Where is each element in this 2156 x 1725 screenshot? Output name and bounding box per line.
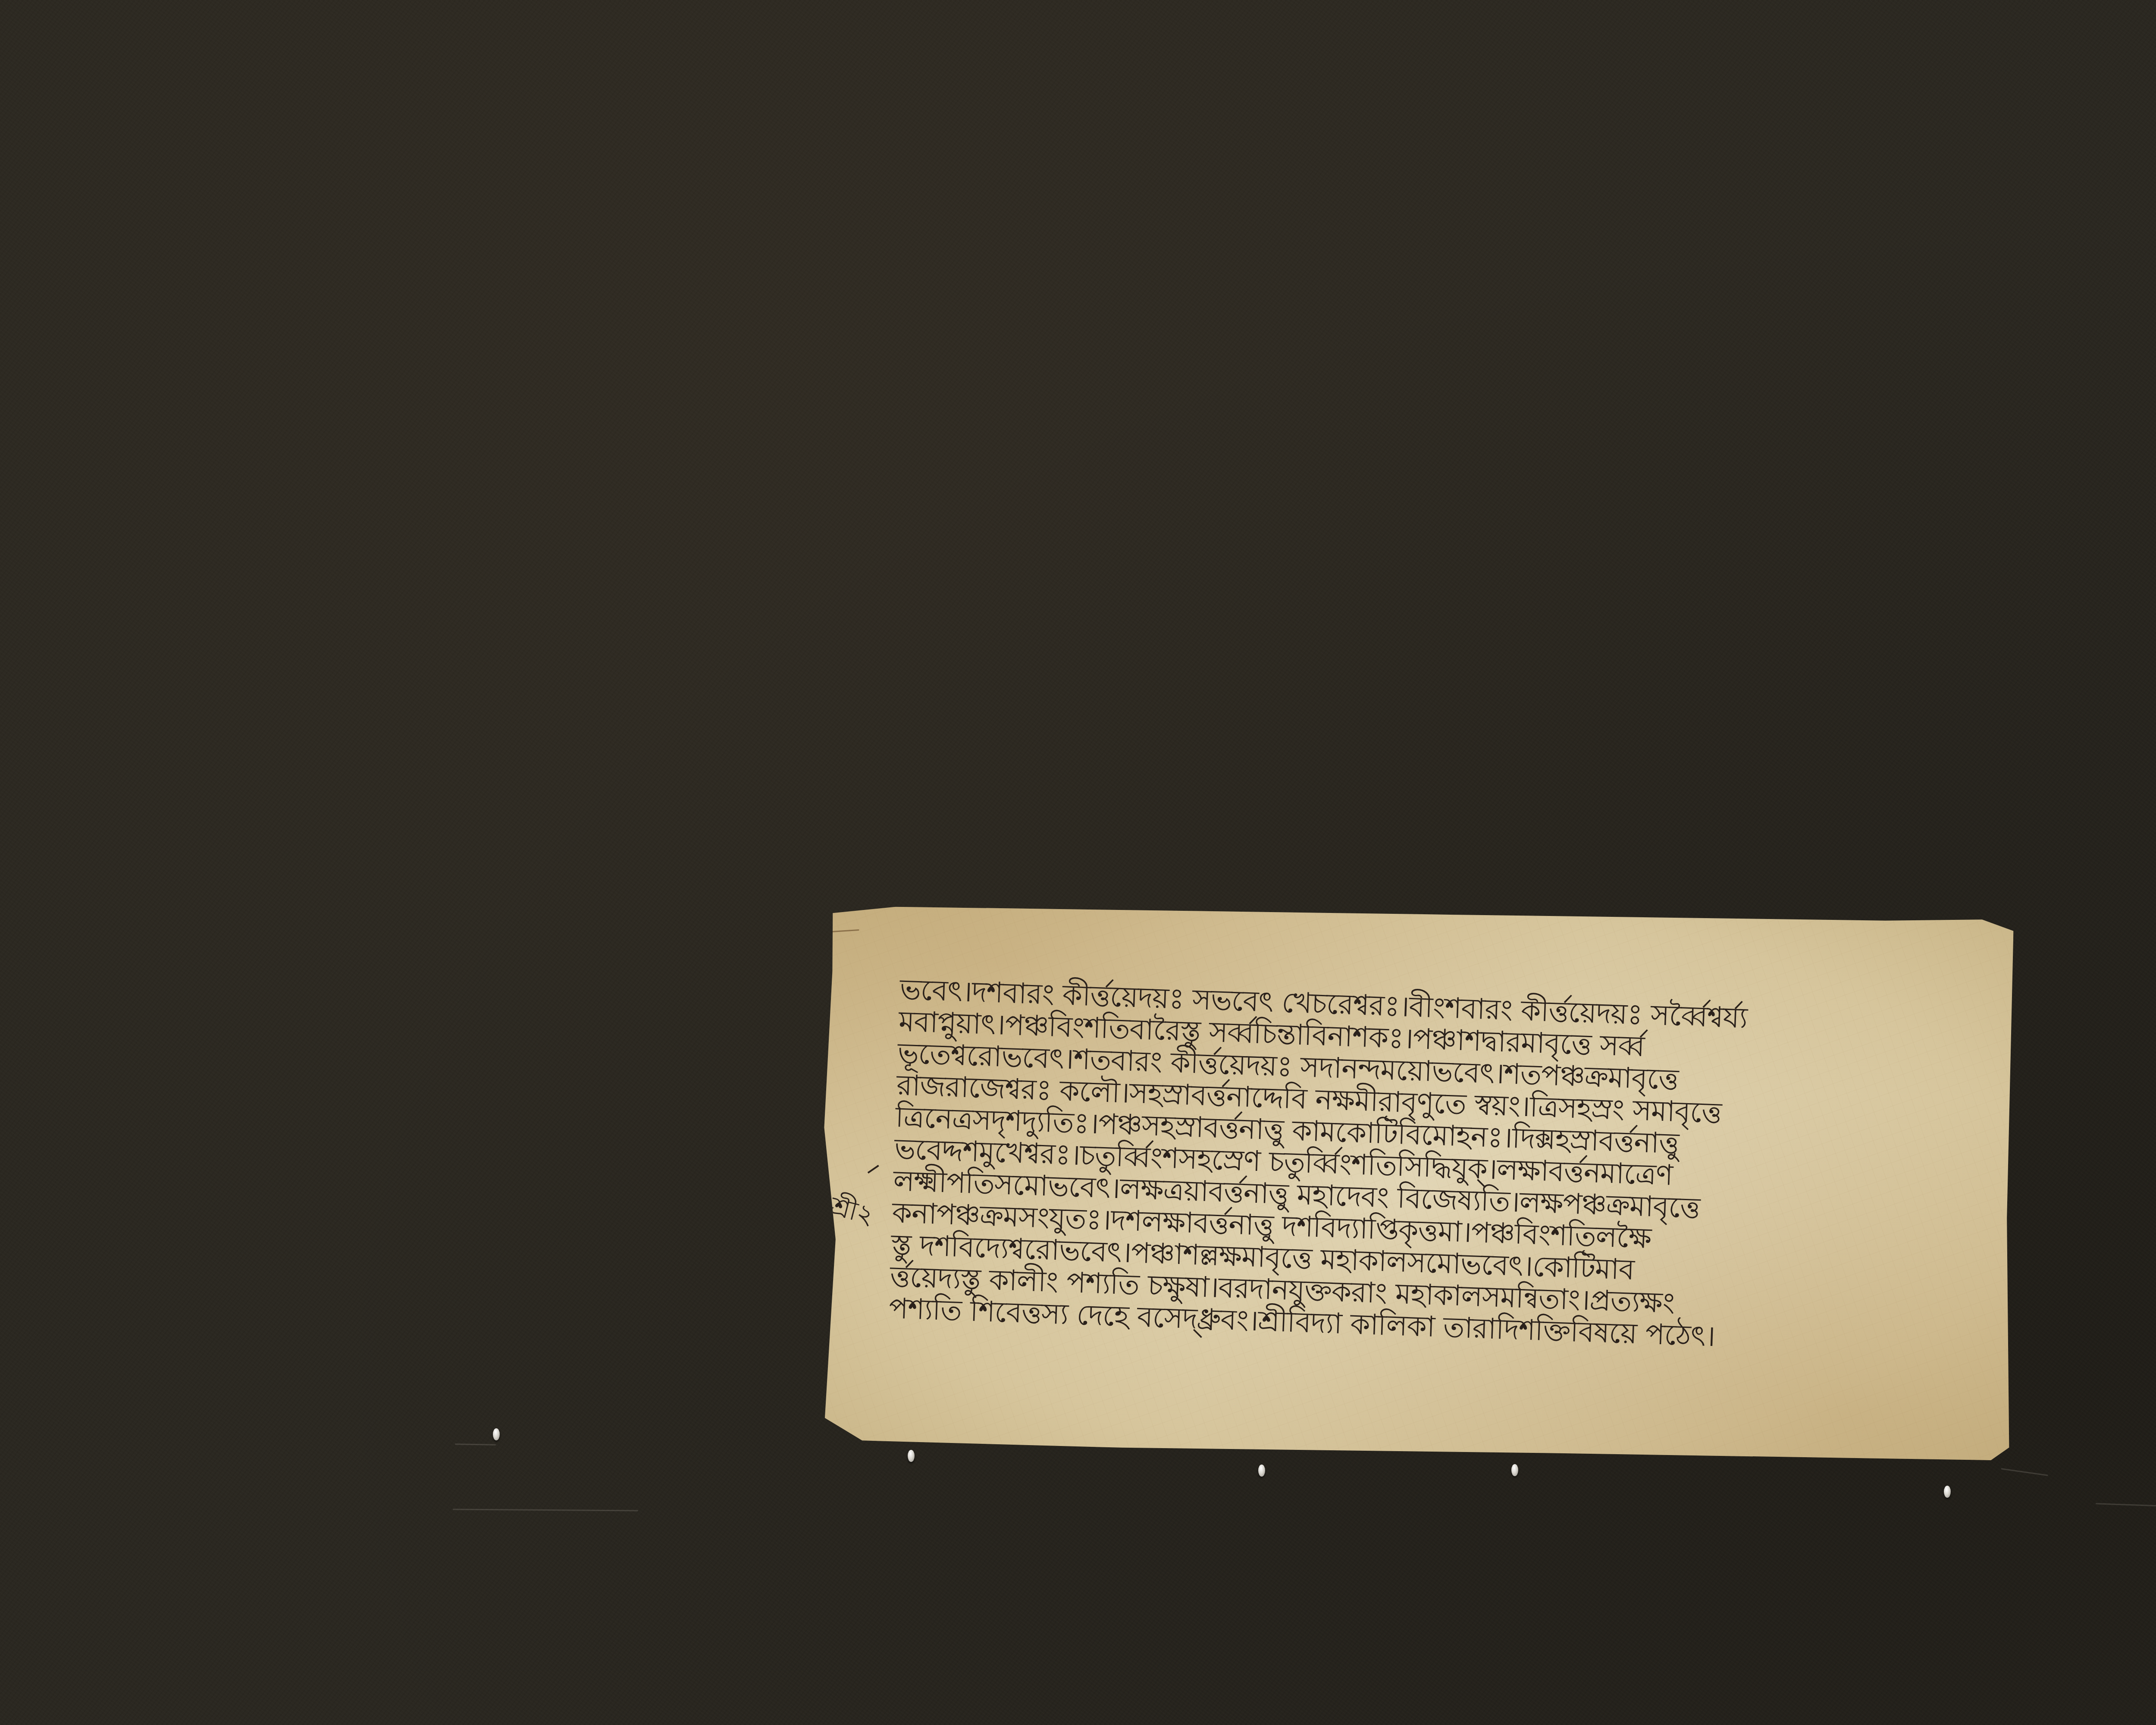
felt-scratch <box>2096 1503 2156 1507</box>
pin-icon <box>1944 1486 1951 1498</box>
pin-icon <box>493 1428 500 1440</box>
felt-scratch <box>453 1509 638 1511</box>
felt-texture <box>0 0 2156 1725</box>
manuscript-leaf: শ্রী২ ভবেৎ।দশবারং কীর্ত্তয়েদয়ঃ সভবেৎ খ… <box>820 904 2031 1470</box>
pin-icon <box>1511 1464 1518 1476</box>
felt-scratch <box>455 1443 496 1446</box>
pin-icon <box>1258 1465 1265 1477</box>
felt-scratch <box>2001 1468 2048 1476</box>
pin-icon <box>908 1450 915 1462</box>
manuscript-text: ভবেৎ।দশবারং কীর্ত্তয়েদয়ঃ সভবেৎ খেচরেশ্… <box>888 974 1960 1361</box>
